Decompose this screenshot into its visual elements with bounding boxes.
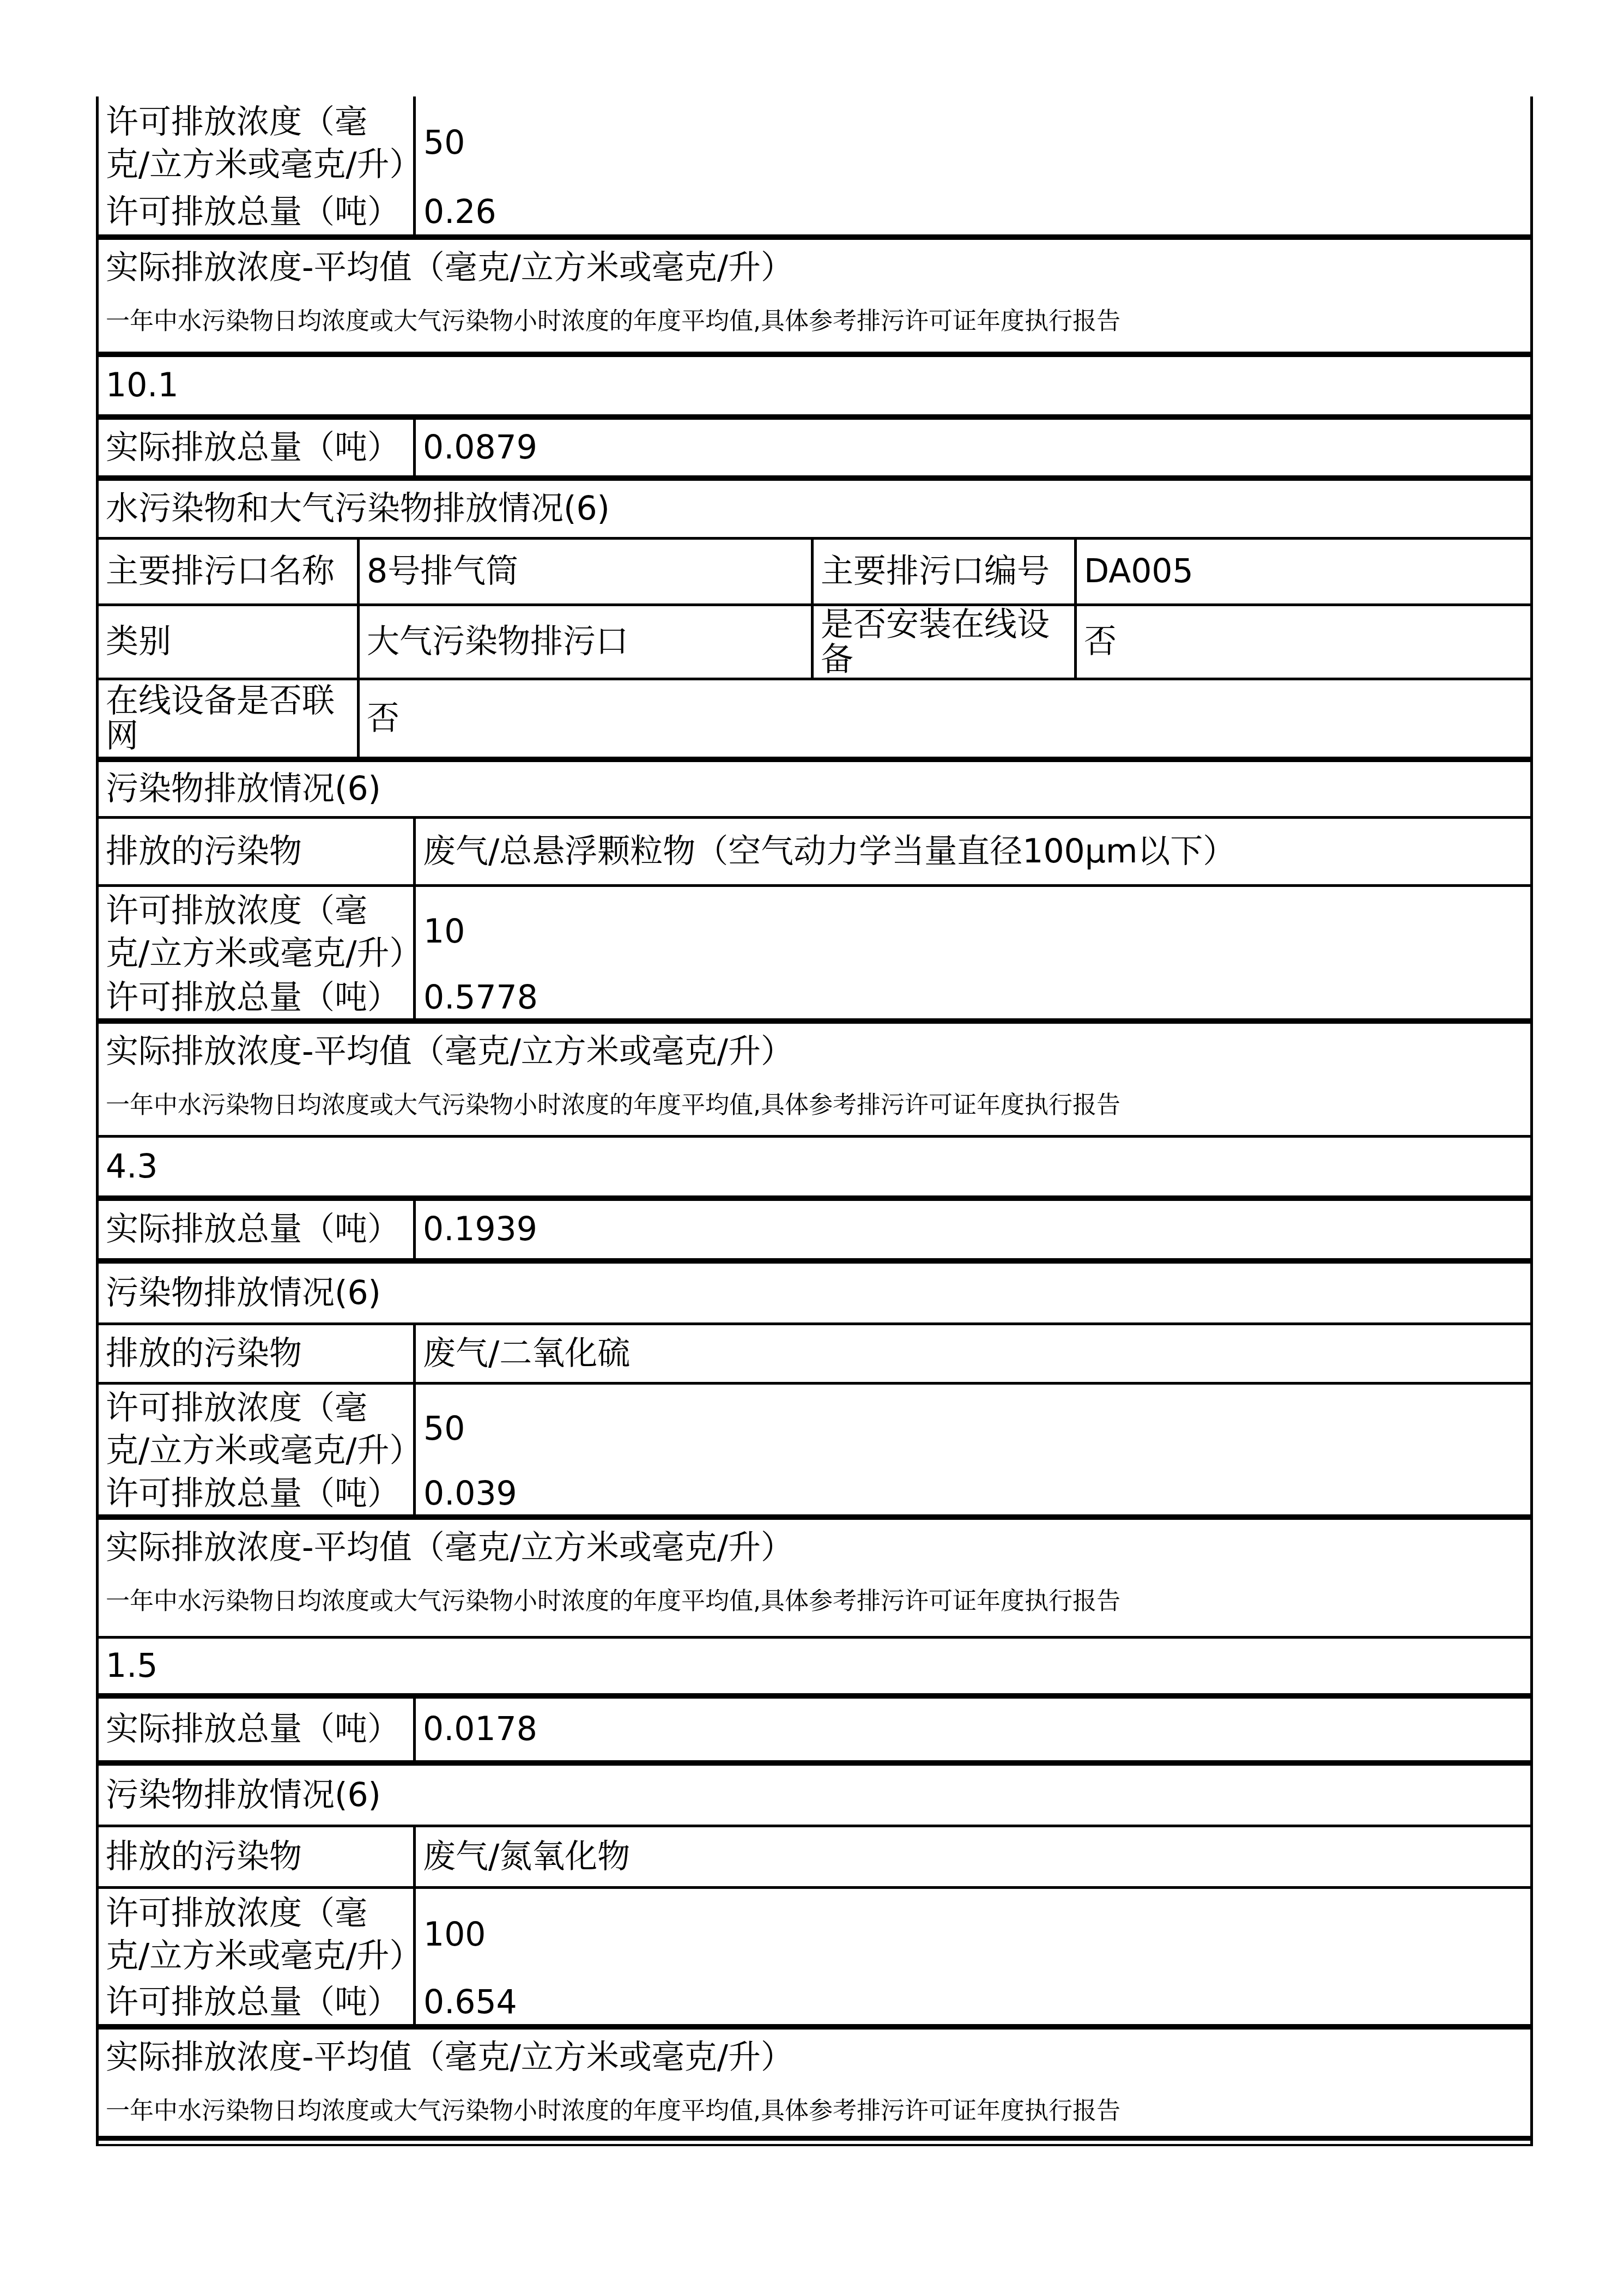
- online-device-label: 是否安装在线设备: [814, 606, 1077, 678]
- pollutant-section-title: 污染物排放情况(6): [99, 1766, 386, 1825]
- pollutant-name-row: 排放的污染物 废气/二氧化硫: [99, 1322, 1530, 1382]
- actual-avg-value: 1.5: [99, 1639, 163, 1693]
- actual-total-value: 0.0178: [416, 1699, 1530, 1760]
- permit-conc-value: 50: [416, 96, 1530, 190]
- actual-conc-heading: 实际排放浓度-平均值（毫克/立方米或毫克/升）: [106, 246, 1523, 289]
- actual-avg-row: 4.3: [99, 1135, 1530, 1195]
- category-value: 大气污染物排污口: [360, 606, 814, 678]
- actual-conc-heading: 实际排放浓度-平均值（毫克/立方米或毫克/升）: [106, 2036, 1523, 2079]
- actual-avg-value: 4.3: [99, 1138, 163, 1195]
- actual-conc-row: 实际排放浓度-平均值（毫克/立方米或毫克/升） 一年中水污染物日均浓度或大气污染…: [99, 1018, 1530, 1135]
- pollutant-label: 排放的污染物: [99, 1325, 416, 1382]
- permit-total-label: 许可排放总量（吨）: [99, 1474, 416, 1515]
- permit-conc-label: 许可排放浓度（毫克/立方米或毫克/升）: [99, 887, 416, 977]
- online-networked-label: 在线设备是否联网: [99, 680, 360, 757]
- pollutant-section-title-row: 污染物排放情况(6): [99, 1258, 1530, 1322]
- actual-total-label: 实际排放总量（吨）: [99, 1699, 416, 1760]
- permit-total-value: 0.26: [416, 190, 1530, 234]
- actual-total-value: 0.1939: [416, 1201, 1530, 1258]
- category-label: 类别: [99, 606, 360, 678]
- permit-limit-box: 许可排放浓度（毫克/立方米或毫克/升） 50 许可排放总量（吨） 0.039: [99, 1382, 1530, 1514]
- pollutant-section-title: 污染物排放情况(6): [99, 1264, 386, 1322]
- actual-conc-row: 实际排放浓度-平均值（毫克/立方米或毫克/升） 一年中水污染物日均浓度或大气污染…: [99, 2024, 1530, 2136]
- outlet-section-title: 水污染物和大气污染物排放情况(6): [99, 481, 615, 537]
- actual-conc-heading: 实际排放浓度-平均值（毫克/立方米或毫克/升）: [106, 1526, 1523, 1569]
- page: { "labels": { "permit_conc": "许可排放浓度（毫克/…: [0, 0, 1624, 2295]
- outlet-name-row: 主要排污口名称 8号排气筒 主要排污口编号 DA005: [99, 537, 1530, 603]
- permit-limit-box: 许可排放浓度（毫克/立方米或毫克/升） 100 许可排放总量（吨） 0.654: [99, 1886, 1530, 2024]
- pollutant-name: 废气/二氧化硫: [416, 1325, 1530, 1382]
- permit-limit-box: 许可排放浓度（毫克/立方米或毫克/升） 10 许可排放总量（吨） 0.5778: [99, 884, 1530, 1018]
- outlet-code-label: 主要排污口编号: [814, 540, 1077, 603]
- actual-total-label: 实际排放总量（吨）: [99, 420, 416, 475]
- pollutant-section-title-row: 污染物排放情况(6): [99, 757, 1530, 816]
- actual-total-value: 0.0879: [416, 420, 1530, 475]
- permit-conc-label: 许可排放浓度（毫克/立方米或毫克/升）: [99, 1889, 416, 1981]
- outlet-name-value: 8号排气筒: [360, 540, 814, 603]
- permit-total-label: 许可排放总量（吨）: [99, 977, 416, 1018]
- actual-total-row: 实际排放总量（吨） 0.1939: [99, 1195, 1530, 1258]
- actual-conc-heading: 实际排放浓度-平均值（毫克/立方米或毫克/升）: [106, 1030, 1523, 1073]
- actual-conc-row: 实际排放浓度-平均值（毫克/立方米或毫克/升） 一年中水污染物日均浓度或大气污染…: [99, 1514, 1530, 1636]
- permit-conc-label: 许可排放浓度（毫克/立方米或毫克/升）: [99, 96, 416, 190]
- pollutant-label: 排放的污染物: [99, 819, 416, 884]
- actual-total-row: 实际排放总量（吨） 0.0178: [99, 1693, 1530, 1760]
- outlet-category-row: 类别 大气污染物排污口 是否安装在线设备 否: [99, 603, 1530, 678]
- actual-conc-row: 实际排放浓度-平均值（毫克/立方米或毫克/升） 一年中水污染物日均浓度或大气污染…: [99, 234, 1530, 352]
- pollutant-name-row: 排放的污染物 废气/总悬浮颗粒物（空气动力学当量直径100μm以下）: [99, 816, 1530, 884]
- pollutant-section-title: 污染物排放情况(6): [99, 762, 386, 816]
- actual-avg-value: 10.1: [99, 357, 184, 414]
- permit-conc-value: 100: [416, 1889, 1530, 1981]
- pollutant-label: 排放的污染物: [99, 1827, 416, 1886]
- pollutant-section-title-row: 污染物排放情况(6): [99, 1760, 1530, 1825]
- permit-total-value: 0.5778: [416, 977, 1530, 1018]
- permit-conc-value: 50: [416, 1385, 1530, 1474]
- online-networked-value: 否: [360, 680, 1530, 757]
- outlet-code-value: DA005: [1077, 540, 1530, 603]
- permit-conc-label: 许可排放浓度（毫克/立方米或毫克/升）: [99, 1385, 416, 1474]
- actual-conc-note: 一年中水污染物日均浓度或大气污染物小时浓度的年度平均值,具体参考排污许可证年度执…: [106, 2096, 1523, 2127]
- pollutant-name: 废气/氮氧化物: [416, 1827, 1530, 1886]
- pollutant-name: 废气/总悬浮颗粒物（空气动力学当量直径100μm以下）: [416, 819, 1530, 884]
- actual-total-row: 实际排放总量（吨） 0.0879: [99, 414, 1530, 475]
- actual-conc-note: 一年中水污染物日均浓度或大气污染物小时浓度的年度平均值,具体参考排污许可证年度执…: [106, 1090, 1523, 1121]
- actual-avg-row: 10.1: [99, 352, 1530, 414]
- bottom-rule-thick: [99, 2136, 1530, 2141]
- actual-conc-note: 一年中水污染物日均浓度或大气污染物小时浓度的年度平均值,具体参考排污许可证年度执…: [106, 306, 1523, 337]
- permit-limit-box: 许可排放浓度（毫克/立方米或毫克/升） 50 许可排放总量（吨） 0.26: [99, 96, 1530, 234]
- online-networked-row: 在线设备是否联网 否: [99, 678, 1530, 757]
- outlet-section-title-row: 水污染物和大气污染物排放情况(6): [99, 475, 1530, 537]
- permit-total-label: 许可排放总量（吨）: [99, 1981, 416, 2025]
- actual-conc-note: 一年中水污染物日均浓度或大气污染物小时浓度的年度平均值,具体参考排污许可证年度执…: [106, 1586, 1523, 1617]
- actual-avg-row: 1.5: [99, 1636, 1530, 1693]
- permit-total-value: 0.654: [416, 1981, 1530, 2025]
- permit-total-value: 0.039: [416, 1474, 1530, 1515]
- online-device-value: 否: [1077, 606, 1530, 678]
- outlet-name-label: 主要排污口名称: [99, 540, 360, 603]
- actual-total-label: 实际排放总量（吨）: [99, 1201, 416, 1258]
- pollutant-name-row: 排放的污染物 废气/氮氧化物: [99, 1825, 1530, 1886]
- permit-report-table: 许可排放浓度（毫克/立方米或毫克/升） 50 许可排放总量（吨） 0.26 实际…: [96, 96, 1533, 2146]
- permit-total-label: 许可排放总量（吨）: [99, 190, 416, 234]
- permit-conc-value: 10: [416, 887, 1530, 977]
- bottom-rule-thin: [99, 2144, 1530, 2146]
